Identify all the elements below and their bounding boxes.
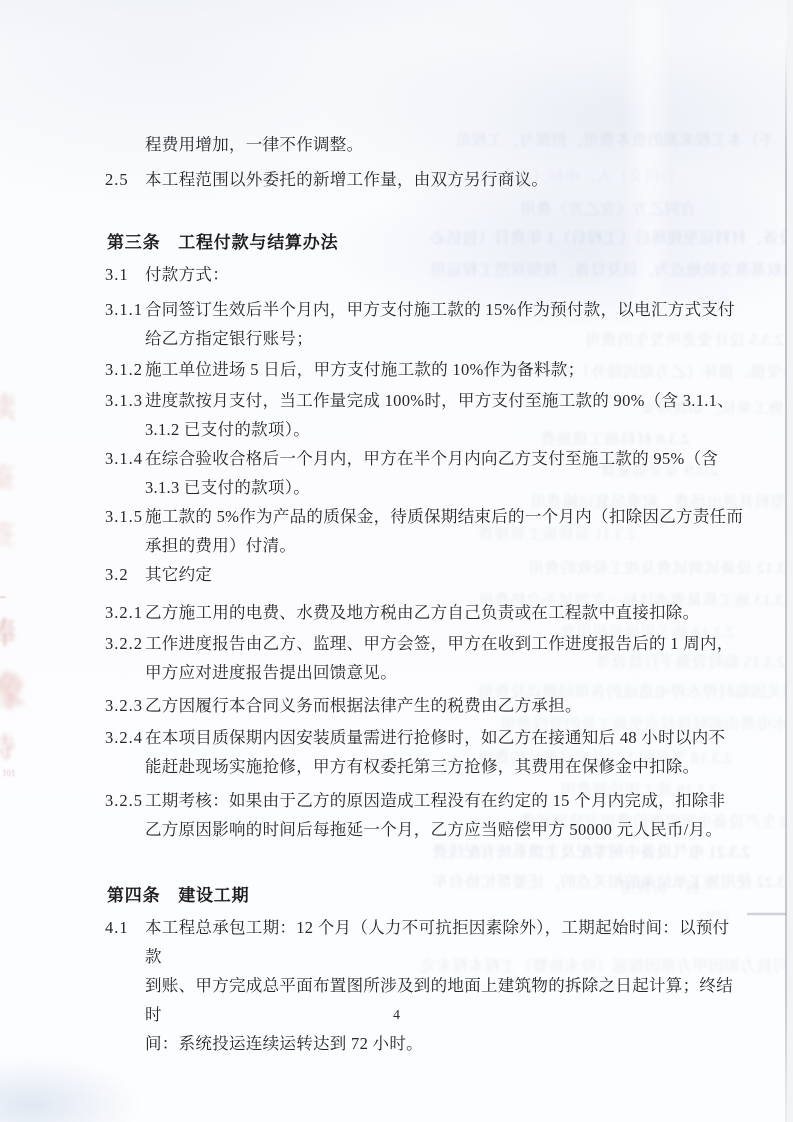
clause-number: 3.1 bbox=[105, 260, 129, 289]
clause-number: 3.1.2 bbox=[105, 355, 143, 384]
clause-3-2-3: 3.2.3乙方因履行本合同义务而根据法律产生的税费由乙方承担。 bbox=[105, 691, 745, 720]
red-ink-mark: 诗 bbox=[0, 726, 15, 765]
clause-4-1: 4.1本工程总承包工期：12 个月（人力不可抗拒因素除外），工期起始时间：以预付… bbox=[105, 913, 745, 1058]
scanned-contract-page: 不）本工程来源的资本费用，担保与，工程范合同交）人，中标（元）合同乙方（含乙方）… bbox=[0, 0, 793, 1122]
paper-right-edge bbox=[785, 40, 787, 1122]
red-ink-mark: 签 bbox=[0, 513, 15, 552]
clause-3-1-4: 3.1.4在综合验收合格后一个月内，甲方在半个月内向乙方支付至施工款的 95%（… bbox=[105, 444, 745, 502]
clause-text: 乙方因履行本合同义务而根据法律产生的税费由乙方承担。 bbox=[145, 696, 582, 715]
clause-3-1-2: 3.1.2施工单位进场 5 日后，甲方支付施工款的 10%作为备料款； bbox=[105, 355, 745, 384]
clause-3-1-5: 3.1.5施工款的 5%作为产品的质保金，待质保期结束后的一个月内（扣除因乙方责… bbox=[105, 502, 745, 560]
clause-3-1: 3.1付款方式： bbox=[105, 260, 745, 289]
clause-number: 2.5 bbox=[105, 165, 129, 194]
clause-text: 工作进度报告由乙方、监理、甲方会签，甲方在收到工作进度报告后的 1 周内， 甲方… bbox=[145, 634, 734, 682]
clause-text: 其它约定 bbox=[145, 565, 212, 584]
contract-body: 程费用增加，一律不作调整。 2.5本工程范围以外委托的新增工作量，由双方另行商议… bbox=[105, 130, 745, 1058]
red-ink-mark: 读 bbox=[0, 383, 16, 427]
section-heading-article-3: 第三条 工程付款与结算办法 bbox=[105, 228, 745, 257]
clause-text: 施工单位进场 5 日后，甲方支付施工款的 10%作为备料款； bbox=[145, 360, 584, 379]
red-ink-mark: 橡 bbox=[0, 660, 24, 717]
clause-2-5: 2.5本工程范围以外委托的新增工作量，由双方另行商议。 bbox=[105, 165, 745, 194]
red-ink-mark: 棒 bbox=[0, 608, 16, 653]
clause-text: 付款方式： bbox=[145, 265, 229, 284]
clause-3-2: 3.2其它约定 bbox=[105, 560, 745, 589]
clause-number: 3.1.4 bbox=[105, 444, 143, 473]
clause-number: 3.2.1 bbox=[105, 598, 143, 627]
page-number: 4 bbox=[0, 1008, 793, 1024]
clause-number: 3.2.4 bbox=[105, 723, 143, 752]
clause-continuation: 程费用增加，一律不作调整。 bbox=[105, 130, 745, 159]
red-ink-mark: 101 bbox=[2, 768, 16, 778]
clause-3-2-5: 3.2.5工期考核：如果由于乙方的原因造成工程没有在约定的 15 个月内完成，扣… bbox=[105, 786, 745, 844]
clause-3-1-3: 3.1.3进度款按月支付，当工作量完成 100%时，甲方支付至施工款的 90%（… bbox=[105, 386, 745, 444]
clause-3-2-4: 3.2.4在本项目质保期内因安装质量需进行抢修时，如乙方在接通知后 48 小时以… bbox=[105, 723, 745, 781]
scan-edge-strip bbox=[787, 0, 793, 1122]
clause-text: 施工款的 5%作为产品的质保金，待质保期结束后的一个月内（扣除因乙方责任而 承担… bbox=[145, 507, 743, 555]
clause-text: 在本项目质保期内因安装质量需进行抢修时，如乙方在接通知后 48 小时以内不 能赶… bbox=[145, 728, 725, 776]
clause-text: 合同签订生效后半个月内，甲方支付施工款的 15%作为预付款，以电汇方式支付 给乙… bbox=[145, 300, 735, 348]
clause-number: 3.2.3 bbox=[105, 691, 143, 720]
clause-text: 乙方施工用的电费、水费及地方税由乙方自己负责或在工程款中直接扣除。 bbox=[145, 603, 699, 622]
clause-3-1-1: 3.1.1合同签订生效后半个月内，甲方支付施工款的 15%作为预付款，以电汇方式… bbox=[105, 295, 745, 353]
section-heading-article-4: 第四条 建设工期 bbox=[105, 881, 745, 910]
red-ink-mark: ∽ bbox=[0, 590, 7, 605]
heading-text: 第四条 建设工期 bbox=[107, 886, 249, 905]
clause-text: 程费用增加，一律不作调整。 bbox=[145, 135, 363, 154]
clause-number: 3.1.3 bbox=[105, 386, 143, 415]
clause-text: 本工程范围以外委托的新增工作量，由双方另行商议。 bbox=[145, 170, 548, 189]
clause-number: 3.2.5 bbox=[105, 786, 143, 815]
paper-crease-mark bbox=[747, 913, 786, 915]
clause-number: 3.2.2 bbox=[105, 629, 143, 658]
clause-number: 4.1 bbox=[105, 913, 129, 942]
heading-text: 第三条 工程付款与结算办法 bbox=[107, 233, 338, 252]
clause-3-2-1: 3.2.1乙方施工用的电费、水费及地方税由乙方自己负责或在工程款中直接扣除。 bbox=[105, 598, 745, 627]
clause-number: 3.1.1 bbox=[105, 295, 143, 324]
red-ink-mark: 鉴 bbox=[0, 456, 15, 495]
clause-text: 本工程总承包工期：12 个月（人力不可抗拒因素除外），工期起始时间：以预付款 到… bbox=[145, 918, 733, 1053]
clause-text: 在综合验收合格后一个月内，甲方在半个月内向乙方支付至施工款的 95%（含 3.1… bbox=[145, 449, 718, 497]
clause-text: 工期考核：如果由于乙方的原因造成工程没有在约定的 15 个月内完成，扣除非 乙方… bbox=[145, 791, 725, 839]
clause-number: 3.2 bbox=[105, 560, 129, 589]
clause-text: 进度款按月支付，当工作量完成 100%时，甲方支付至施工款的 90%（含 3.1… bbox=[145, 391, 734, 439]
clause-number: 3.1.5 bbox=[105, 502, 143, 531]
clause-3-2-2: 3.2.2工作进度报告由乙方、监理、甲方会签，甲方在收到工作进度报告后的 1 周… bbox=[105, 629, 745, 687]
